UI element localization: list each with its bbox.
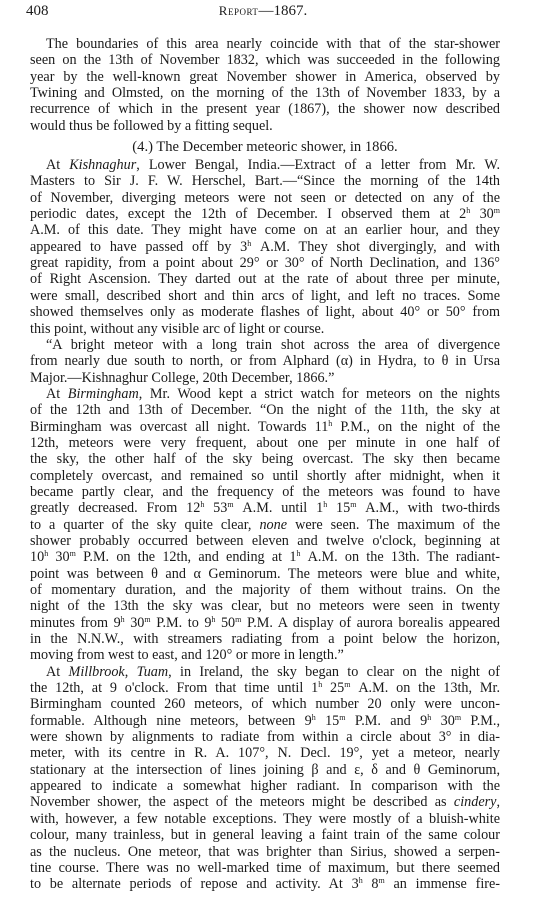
text-run: 30 (470, 206, 494, 222)
text-line: A.M. of this date. They might have come … (30, 222, 500, 238)
running-title: Report—1867. (26, 3, 500, 20)
text-run: , (496, 713, 500, 729)
text-line: night of the 13th the sky was clear, but… (30, 598, 500, 614)
text-line: to a quarter of the sky quite clear, non… (30, 517, 500, 533)
text-run: 10 (30, 549, 44, 565)
superscript-m: m (227, 500, 233, 509)
text-run: of this date. They might have come on at… (60, 222, 500, 238)
text-line: appeared to have passed off by 3h A.M. T… (30, 239, 500, 255)
text-run: were seen. The maximum of the (287, 517, 500, 533)
text-run (346, 713, 355, 729)
running-title-year: —1867. (258, 3, 307, 19)
text-run: and 9 (381, 713, 427, 729)
paragraph-millbrook: At Millbrook, Tuam, in Ireland, the sky … (30, 664, 500, 893)
text-run: 50 (215, 615, 235, 631)
text-line: stationary at the intersection of lines … (30, 762, 500, 778)
text-line: as the nucleus. One meteor, that was bri… (30, 844, 500, 860)
text-run: to 9 (182, 615, 211, 631)
text-line: the 12th, at 9 o'clock. From that time u… (30, 680, 500, 696)
time-pm: P.M. (156, 615, 182, 631)
text-run: They shot divergingly, and with (290, 239, 500, 255)
paragraph-birmingham: At Birmingham, Mr. Wood kept a strict wa… (30, 386, 500, 664)
superscript-m: m (494, 206, 500, 215)
text-line: great rapidity, from a point about 29° o… (30, 255, 500, 271)
text-line: of Right Ascension. They darted out at t… (30, 271, 500, 287)
time-am: A.M. (242, 500, 272, 516)
text-run: November shower, the aspect of the meteo… (30, 794, 454, 810)
place-name-kishnaghur: Kishnaghur (69, 157, 136, 173)
text-line: tine course. There was no well-marked ti… (30, 860, 500, 876)
paragraph-kishnaghur: At Kishnaghur, Lower Bengal, India.—Extr… (30, 157, 500, 337)
text-line: were shown by alignments to radiate from… (30, 729, 500, 745)
time-am: A.M. (365, 500, 395, 516)
section-heading: (4.) The December meteoric shower, in 18… (30, 136, 500, 155)
text-run: At (46, 664, 69, 680)
text-line: recurrence of which in the present year … (30, 101, 500, 117)
text-run (356, 500, 365, 516)
text-run: periodic dates, except the 12th of Decem… (30, 206, 466, 222)
text-run: on the 13th. The radiant- (338, 549, 500, 565)
text-line: this point, without any visible arc of l… (30, 321, 500, 337)
text-line: November shower, the aspect of the meteo… (30, 794, 500, 810)
superscript-m: m (339, 713, 345, 722)
text-run: , (496, 794, 500, 810)
text-run: formable. Although nine meteors, between… (30, 713, 312, 729)
text-line: point was between θ and α Geminorum. The… (30, 566, 500, 582)
text-run: on the 13th, Mr. (388, 680, 500, 696)
paragraph-boundaries: The boundaries of this area nearly coinc… (30, 36, 500, 134)
text-line: At Birmingham, Mr. Wood kept a strict wa… (30, 386, 500, 402)
text-line: Birmingham counted 260 meteors, of which… (30, 696, 500, 712)
text-line: year by the well-known great November sh… (30, 69, 500, 85)
text-run (76, 549, 83, 565)
text-run: At (46, 386, 68, 402)
text-line: the sky, the other half of the sky being… (30, 451, 500, 467)
text-run: , (125, 664, 137, 680)
text-line: Masters to Sir J. F. W. Herschel, Bart.—… (30, 173, 500, 189)
text-line: shower probably occurred between eleven … (30, 533, 500, 549)
text-line: 10h 30m P.M. on the 12th, and ending at … (30, 549, 500, 565)
text-run: 30 (431, 713, 455, 729)
text-line: Birmingham was overcast all night. Towar… (30, 419, 500, 435)
place-name-birmingham: Birmingham (68, 386, 139, 402)
text-run: , Mr. Wood kept a strict watch for meteo… (139, 386, 500, 402)
running-title-report: Report (219, 3, 259, 18)
text-line: minutes from 9h 30m P.M. to 9h 50m P.M. … (30, 615, 500, 631)
text-line: moving from west to east, and 120° or mo… (30, 647, 500, 663)
emphasis-cindery: cindery (454, 794, 497, 810)
text-line: of November, diverging meteors were not … (30, 190, 500, 206)
text-run: the 12th, at 9 o'clock. From that time u… (30, 680, 318, 696)
time-pm: P.M. (247, 615, 273, 631)
text-line: of the 12th and 13th of December. “On th… (30, 402, 500, 418)
text-run: Birmingham was overcast all night. Towar… (30, 419, 328, 435)
text-line: were small, described short and thin arc… (30, 288, 500, 304)
time-pm: P.M. (83, 549, 109, 565)
text-run (251, 239, 260, 255)
text-line: completely overcast, and remained so unt… (30, 468, 500, 484)
time-am: A.M. (260, 239, 290, 255)
text-line: At Kishnaghur, Lower Bengal, India.—Extr… (30, 157, 500, 173)
paragraph-bright-meteor: “A bright meteor with a long train shot … (30, 337, 500, 386)
text-run: 30 (125, 615, 145, 631)
text-run: , with two-thirds (395, 500, 500, 516)
text-line: would thus be followed by a fitting sequ… (30, 118, 500, 134)
text-line: seen on the 13th of November 1832, which… (30, 52, 500, 68)
text-run: appeared to have passed off by 3 (30, 239, 247, 255)
text-run: 53 (204, 500, 227, 516)
text-line: with, however, a few notable exceptions.… (30, 811, 500, 827)
text-line: of momentary duration, and the majority … (30, 582, 500, 598)
text-line: The boundaries of this area nearly coinc… (30, 36, 500, 52)
time-am: A.M. (358, 680, 388, 696)
text-run: on the 12th, and ending at 1 (109, 549, 296, 565)
text-run: 15 (316, 713, 340, 729)
text-run: an immense fire- (385, 876, 500, 892)
text-run: 15 (327, 500, 350, 516)
time-pm: P.M. (355, 713, 381, 729)
text-run: until 1 (272, 500, 323, 516)
text-line: periodic dates, except the 12th of Decem… (30, 206, 500, 222)
time-pm: P.M. (470, 713, 496, 729)
text-line: became partly clear, and the frequency o… (30, 484, 500, 500)
text-run: to be alternate periods of repose and ac… (30, 876, 359, 892)
text-run: 30 (48, 549, 69, 565)
text-line: meter, with its centre in R. A. 107°, N.… (30, 745, 500, 761)
time-am: A.M. (30, 222, 60, 238)
text-run: A display of aurora borealis appeared (273, 615, 500, 631)
text-run: 8 (363, 876, 379, 892)
text-run: greatly decreased. From 12 (30, 500, 200, 516)
page-body: The boundaries of this area nearly coinc… (30, 36, 500, 893)
time-pm: P.M. (340, 419, 366, 435)
text-line: Twining and Olmsted, on the morning of t… (30, 85, 500, 101)
text-run: , on the night of the (366, 419, 500, 435)
text-line: 12th, meteors were very frequent, about … (30, 435, 500, 451)
text-run: 25 (322, 680, 344, 696)
text-run: to a quarter of the sky quite clear, (30, 517, 259, 533)
superscript-m: m (70, 549, 76, 558)
place-name-millbrook: Millbrook (69, 664, 125, 680)
text-line: “A bright meteor with a long train shot … (30, 337, 500, 353)
place-name-tuam: Tuam (137, 664, 169, 680)
text-line: in the N.N.W., with streamers radiating … (30, 631, 500, 647)
text-run: , in Ireland, the sky began to clear on … (168, 664, 500, 680)
text-line: formable. Although nine meteors, between… (30, 713, 500, 729)
text-line: appeared to indicate a somewhat higher r… (30, 778, 500, 794)
text-run: At (46, 157, 69, 173)
text-run: minutes from 9 (30, 615, 121, 631)
page-header: 408 Report—1867. (26, 3, 500, 23)
time-am: A.M. (308, 549, 338, 565)
text-line: Major.—Kishnaghur College, 20th December… (30, 370, 500, 386)
superscript-m: m (144, 615, 150, 624)
text-line: showed themselves only as moderate flash… (30, 304, 500, 320)
text-run: , Lower Bengal, India.—Extract of a lett… (136, 157, 500, 173)
text-line: to be alternate periods of repose and ac… (30, 876, 500, 892)
text-line: colour, many trainless, but in general l… (30, 827, 500, 843)
text-line: from nearly due south to north, or from … (30, 353, 500, 369)
text-line: greatly decreased. From 12h 53m A.M. unt… (30, 500, 500, 516)
emphasis-none: none (259, 517, 287, 533)
text-line: At Millbrook, Tuam, in Ireland, the sky … (30, 664, 500, 680)
text-run (300, 549, 307, 565)
